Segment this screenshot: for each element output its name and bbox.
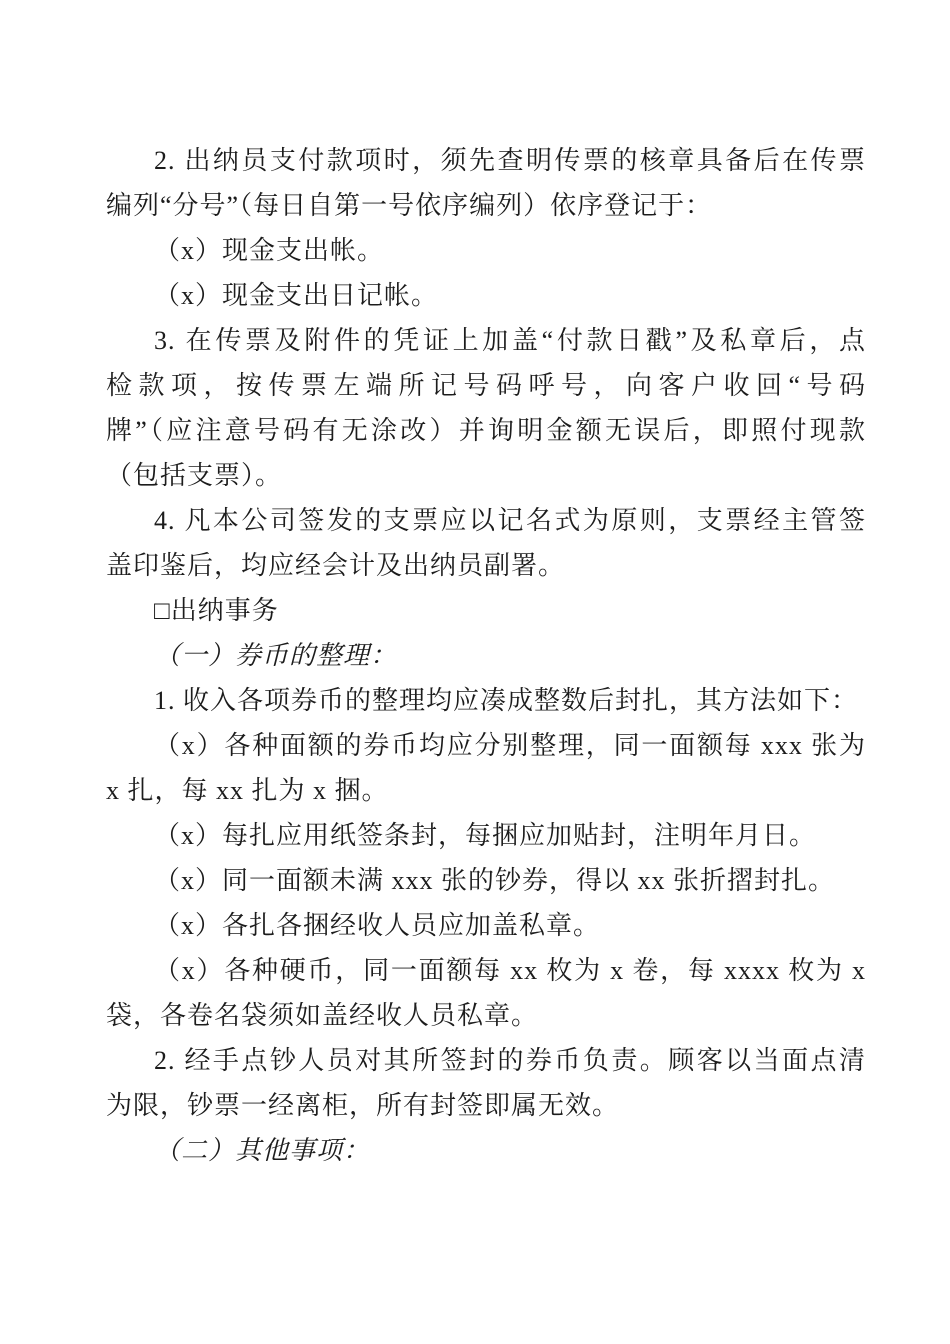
text-line: 4. 凡本公司签发的支票应以记名式为原则，支票经主管签 xyxy=(106,498,866,543)
text-line: 3. 在传票及附件的凭证上加盖“付款日戳”及私章后，点 xyxy=(106,318,866,363)
list-item-cash-ledger: （x）现金支出帐。 xyxy=(106,228,866,273)
text-line: 编列“分号”（每日自第一号依序编列）依序登记于： xyxy=(106,183,866,228)
text-line: 为限，钞票一经离柜，所有封签即属无效。 xyxy=(106,1083,866,1128)
text-line: 2. 经手点钞人员对其所签封的券币负责。顾客以当面点清 xyxy=(106,1038,866,1083)
text-line: x 扎，每 xx 扎为 x 捆。 xyxy=(106,768,866,813)
text-line: （x）各种硬币，同一面额每 xx 枚为 x 卷，每 xxxx 枚为 x xyxy=(106,948,866,993)
text-line: 袋，各卷名袋须如盖经收人员私章。 xyxy=(106,993,866,1038)
text-line: 检款项，按传票左端所记号码呼号，向客户收回“号码 xyxy=(106,363,866,408)
text-line: 2. 出纳员支付款项时，须先查明传票的核章具备后在传票 xyxy=(106,138,866,183)
text-line: （x）各种面额的券币均应分别整理，同一面额每 xxx 张为 xyxy=(106,723,866,768)
subsection-heading-other-matters: （二）其他事项： xyxy=(106,1128,866,1173)
subsection-heading-currency-sorting: （一）券币的整理： xyxy=(106,633,866,678)
list-item-cash-journal: （x）现金支出日记帐。 xyxy=(106,273,866,318)
document-body: 2. 出纳员支付款项时，须先查明传票的核章具备后在传票 编列“分号”（每日自第一… xyxy=(106,138,866,1173)
text-line: （x）同一面额未满 xxx 张的钞券，得以 xx 张折摺封扎。 xyxy=(106,858,866,903)
section-title-cashier-affairs: □出纳事务 xyxy=(106,588,866,633)
text-line: 盖印鉴后，均应经会计及出纳员副署。 xyxy=(106,543,866,588)
text-line: 牌”（应注意号码有无涂改）并询明金额无误后，即照付现款 xyxy=(106,408,866,453)
text-line: 1. 收入各项券币的整理均应凑成整数后封扎，其方法如下： xyxy=(106,678,866,723)
document-page: 2. 出纳员支付款项时，须先查明传票的核章具备后在传票 编列“分号”（每日自第一… xyxy=(0,0,950,1344)
text-line: （x）每扎应用纸签条封，每捆应加贴封，注明年月日。 xyxy=(106,813,866,858)
text-line: （包括支票）。 xyxy=(106,453,866,498)
text-line: （x）各扎各捆经收人员应加盖私章。 xyxy=(106,903,866,948)
